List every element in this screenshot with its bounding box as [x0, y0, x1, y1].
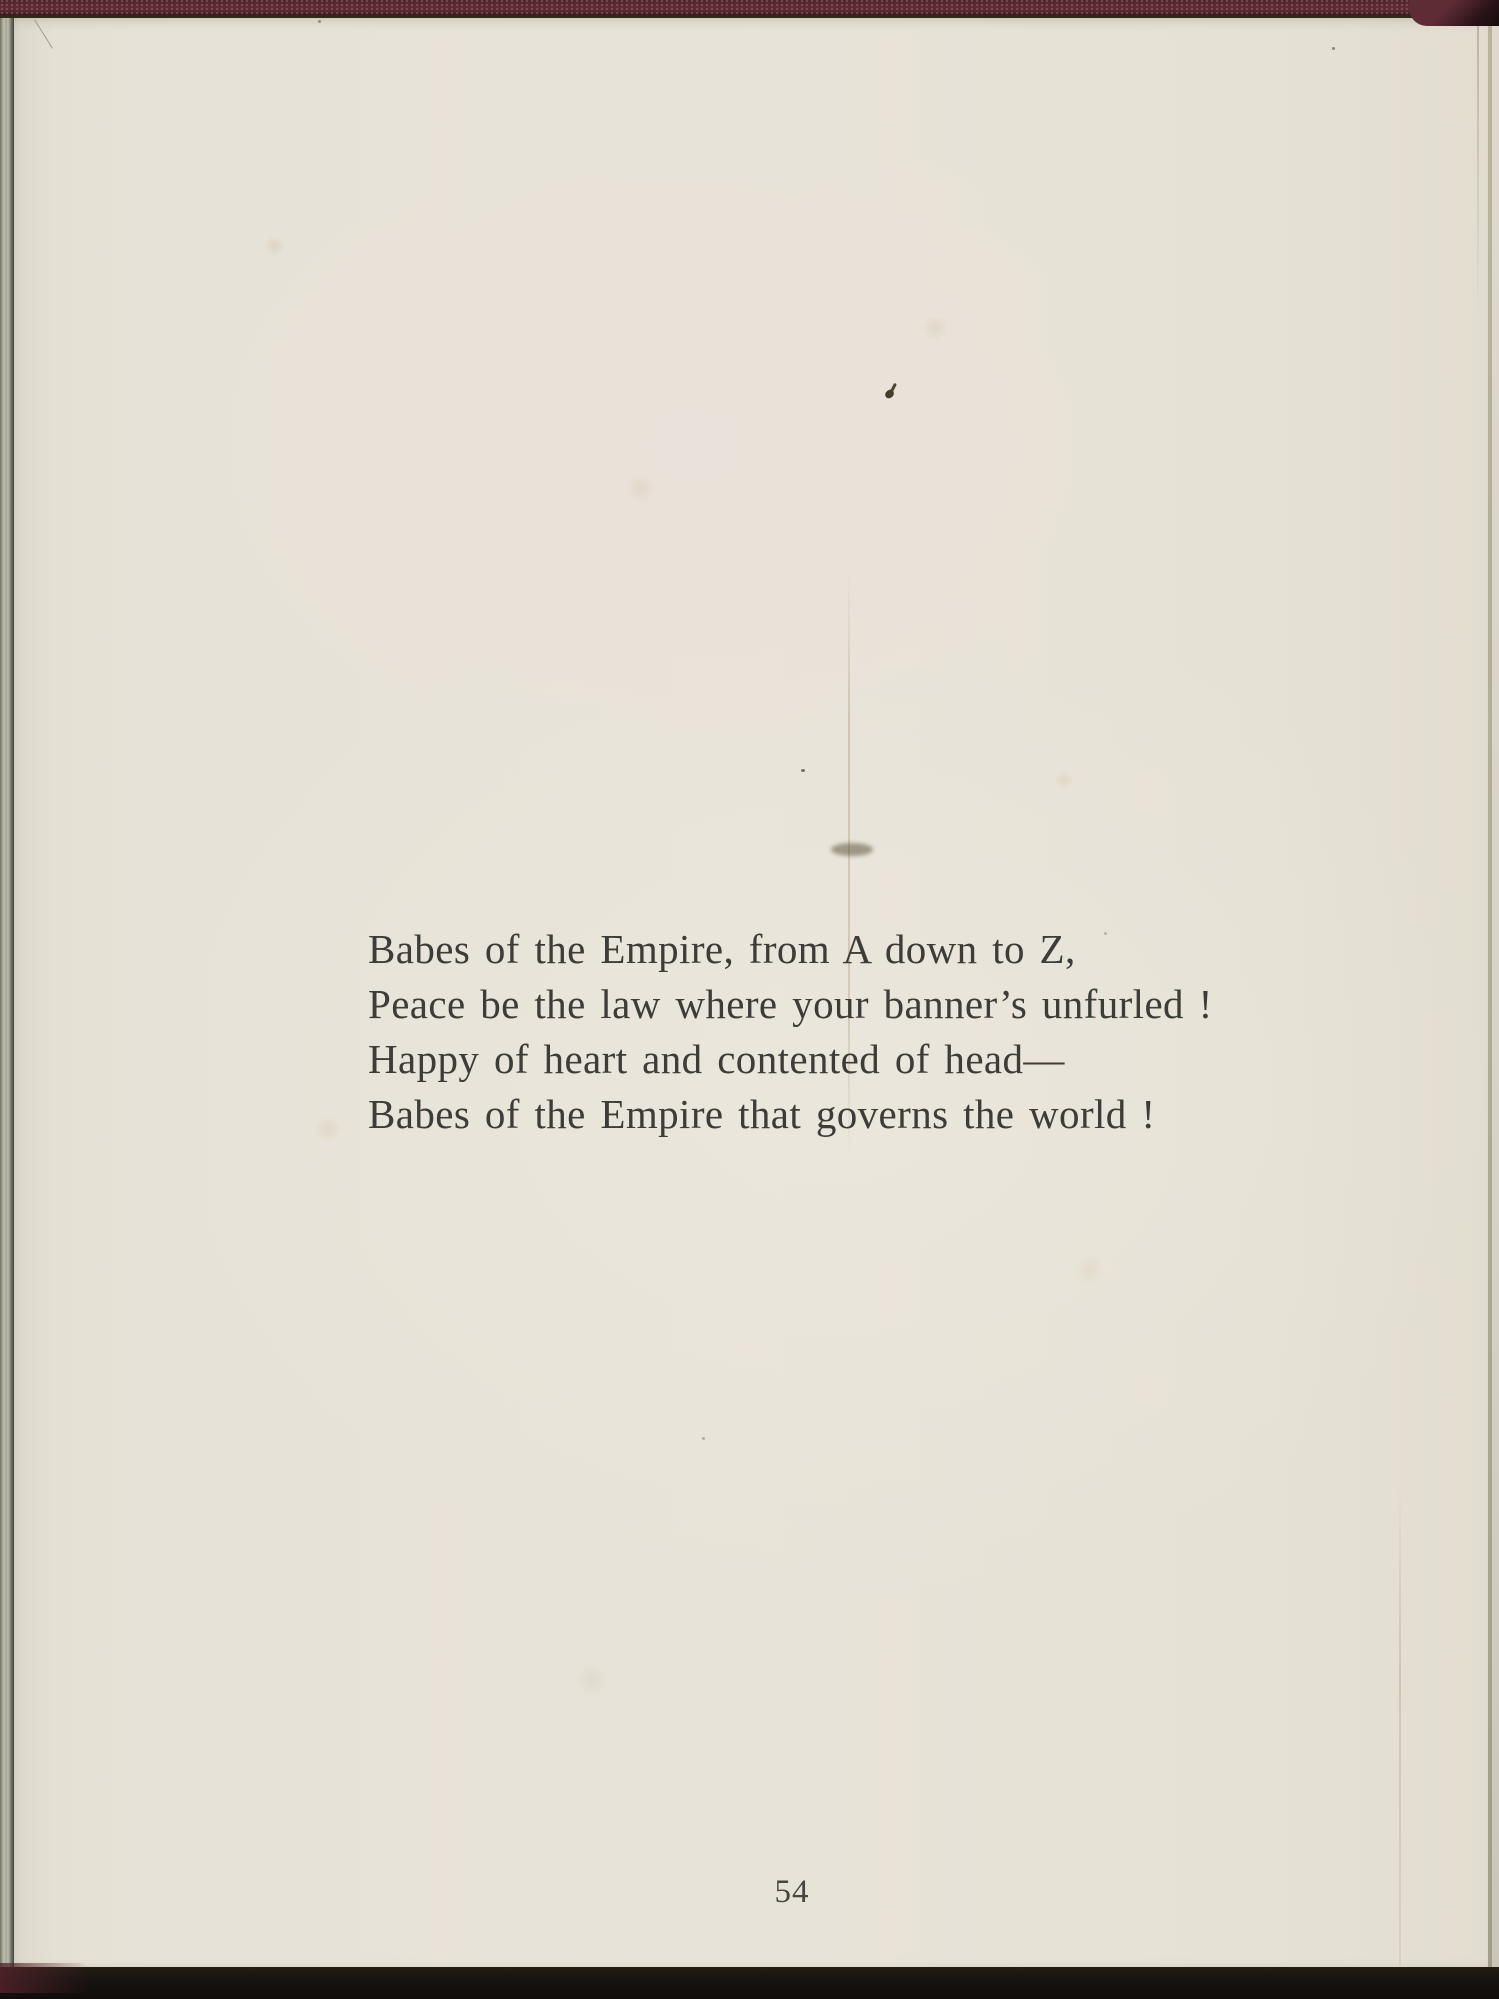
foxing-spot [922, 315, 948, 341]
foxing-spot [314, 1115, 342, 1143]
foxing-spot [624, 475, 658, 501]
book-cover-bottom-corner [0, 1963, 90, 1993]
scanned-book-page: Babes of the Empire, from A down to Z, P… [0, 0, 1499, 1999]
poem-line: Babes of the Empire that governs the wor… [368, 1087, 1288, 1142]
page-fold-line-bottom [1399, 1480, 1401, 1965]
ink-mark [884, 383, 898, 400]
dust-speck [318, 20, 321, 23]
poem-line: Peace be the law where your banner’s unf… [368, 977, 1288, 1032]
crease-smudge [831, 843, 873, 856]
dust-speck [702, 1437, 705, 1440]
foxing-spot [264, 235, 286, 257]
foxing-spot [574, 1665, 610, 1695]
dust-speck [801, 769, 805, 772]
page-number: 54 [742, 1874, 842, 1911]
dust-speck [1332, 47, 1335, 50]
page-fold-line-top [1477, 18, 1479, 318]
page-stack-edge [0, 15, 14, 1971]
book-cover-bottom-edge [0, 1967, 1499, 1999]
poem-line: Babes of the Empire, from A down to Z, [368, 922, 1288, 977]
poem-line: Happy of heart and contented of head— [368, 1032, 1288, 1087]
foxing-spot [1054, 770, 1074, 790]
book-cover-top-corner [1409, 0, 1499, 26]
next-page-edge [1492, 15, 1499, 1971]
poem: Babes of the Empire, from A down to Z, P… [368, 922, 1288, 1142]
foxing-spot [1074, 1255, 1104, 1285]
book-cover-top-edge [0, 0, 1499, 18]
